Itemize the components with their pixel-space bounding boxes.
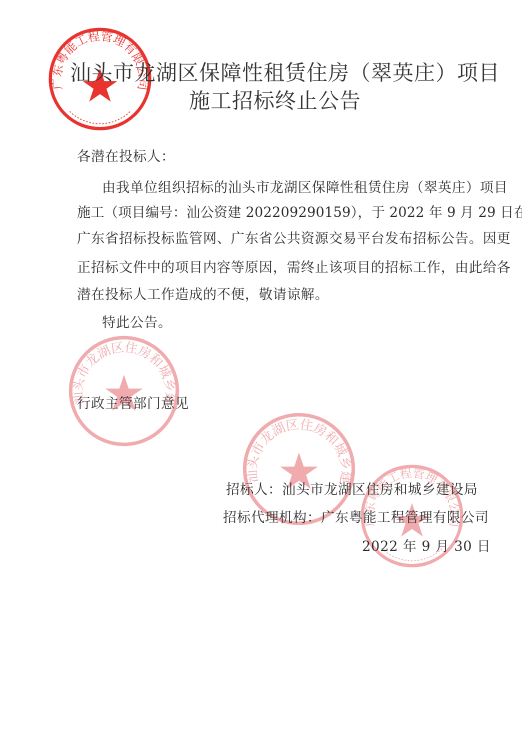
body-line: 广东省招标投标监管网、广东省公共资源交易平台发布招标公告。因更 [77, 227, 511, 247]
body-line: 正招标文件中的项目内容等原因，需终止该项目的招标工作，由此给各 [77, 256, 511, 276]
bureau-seal-left: 汕头市龙湖区住房和城乡建设局 [66, 333, 182, 449]
agency-line: 招标代理机构：广东粤能工程管理有限公司 [223, 506, 489, 526]
admin-opinion-label: 行政主管部门意见 [77, 392, 189, 412]
date-line: 2022 年 9 月 30 日 [362, 535, 491, 555]
document-title-line-1: 汕头市龙湖区保障性租赁住房（翠英庄）项目 [24, 57, 522, 87]
tenderer-line: 招标人：汕头市龙湖区住房和城乡建设局 [226, 478, 478, 498]
body-line: 施工（项目编号：汕公资建 202209290159），于 2022 年 9 月 … [77, 201, 522, 221]
closing-text: 特此公告。 [102, 311, 172, 331]
seal-icon: 汕头市龙湖区住房和城乡建设局 [66, 333, 182, 449]
body-line: 潜在投标人工作造成的不便，敬请谅解。 [77, 283, 329, 303]
salutation: 各潜在投标人： [77, 145, 175, 165]
document-page: 广东粤能工程管理有限公司 汕头市龙湖区住房和城乡建设局 汕头市龙湖区住房和城乡建… [0, 0, 522, 737]
document-title-line-2: 施工招标终止公告 [14, 85, 522, 115]
body-line: 由我单位组织招标的汕头市龙湖区保障性租赁住房（翠英庄）项目 [102, 176, 508, 196]
